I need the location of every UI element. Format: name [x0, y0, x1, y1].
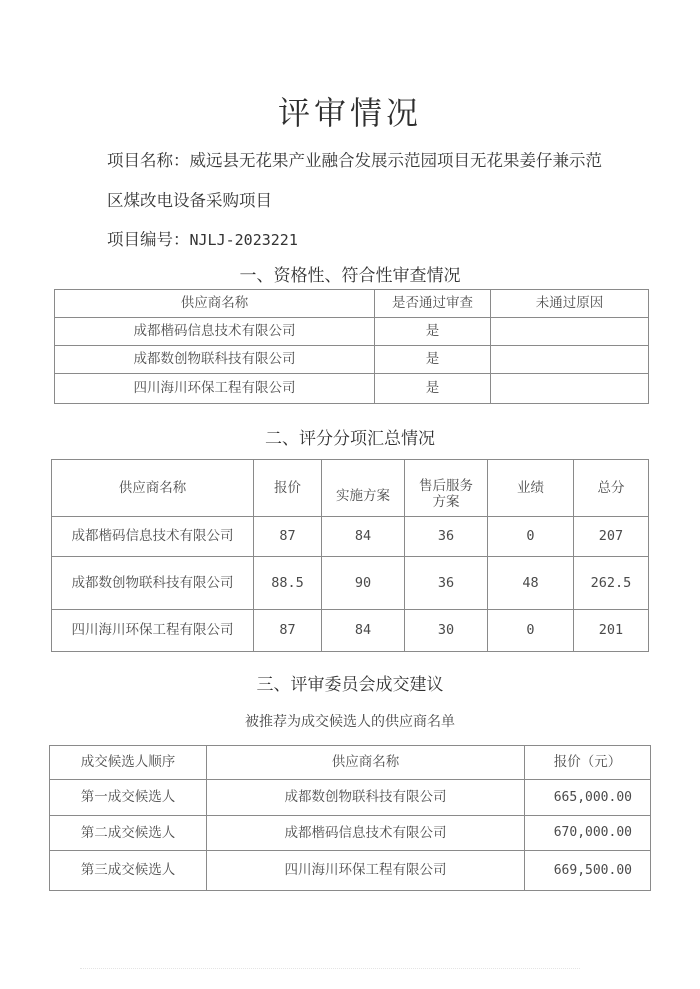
price-cell: 665,000.00: [525, 780, 651, 816]
supplier-cell: 成都楷码信息技术有限公司: [55, 318, 375, 346]
project-name-line2: 区煤改电设备采购项目: [107, 187, 272, 211]
table-header-row: 供应商名称 报价 实施方案 售后服务 方案 业绩 总分: [52, 460, 649, 517]
price-score-cell: 87: [254, 610, 322, 652]
table-row: 四川海川环保工程有限公司 是: [55, 374, 649, 404]
table-row: 第二成交候选人 成都楷码信息技术有限公司 670,000.00: [50, 816, 651, 851]
supplier-cell: 成都楷码信息技术有限公司: [52, 517, 254, 557]
reason-cell: [491, 374, 649, 404]
reason-cell: [491, 346, 649, 374]
column-header-supplier: 供应商名称: [55, 290, 375, 318]
project-name-label: 项目名称：: [107, 151, 190, 170]
project-name-value-line1: 威远县无花果产业融合发展示范园项目无花果姜仔兼示范: [190, 151, 603, 170]
table-row: 第三成交候选人 四川海川环保工程有限公司 669,500.00: [50, 851, 651, 891]
service-score-cell: 36: [405, 517, 488, 557]
total-score-cell: 201: [574, 610, 649, 652]
supplier-cell: 成都数创物联科技有限公司: [52, 557, 254, 610]
table-header-row: 成交候选人顺序 供应商名称 报价（元）: [50, 746, 651, 780]
project-number-label: 项目编号：: [107, 230, 190, 249]
reason-cell: [491, 318, 649, 346]
table-row: 成都楷码信息技术有限公司 87 84 36 0 207: [52, 517, 649, 557]
column-header-reason: 未通过原因: [491, 290, 649, 318]
performance-score-cell: 0: [488, 517, 574, 557]
project-name: 项目名称：威远县无花果产业融合发展示范园项目无花果姜仔兼示范: [107, 147, 602, 171]
supplier-cell: 四川海川环保工程有限公司: [207, 851, 525, 891]
service-score-cell: 30: [405, 610, 488, 652]
column-header-plan: 实施方案: [322, 460, 405, 517]
performance-score-cell: 48: [488, 557, 574, 610]
table-row: 成都数创物联科技有限公司 88.5 90 36 48 262.5: [52, 557, 649, 610]
page-title: 评审情况: [0, 88, 700, 134]
table-header-row: 供应商名称 是否通过审查 未通过原因: [55, 290, 649, 318]
table-row: 成都数创物联科技有限公司 是: [55, 346, 649, 374]
passed-cell: 是: [375, 346, 491, 374]
supplier-cell: 四川海川环保工程有限公司: [52, 610, 254, 652]
column-header-service-line2: 方案: [409, 494, 483, 510]
column-header-price: 报价: [254, 460, 322, 517]
column-header-rank: 成交候选人顺序: [50, 746, 207, 780]
plan-score-cell: 84: [322, 517, 405, 557]
column-header-supplier: 供应商名称: [52, 460, 254, 517]
column-header-passed: 是否通过审查: [375, 290, 491, 318]
column-header-total: 总分: [574, 460, 649, 517]
passed-cell: 是: [375, 318, 491, 346]
column-header-service: 售后服务 方案: [405, 460, 488, 517]
price-cell: 670,000.00: [525, 816, 651, 851]
table-row: 成都楷码信息技术有限公司 是: [55, 318, 649, 346]
scan-artifact-divider: [80, 968, 580, 970]
table-row: 四川海川环保工程有限公司 87 84 30 0 201: [52, 610, 649, 652]
project-number: 项目编号：NJLJ-2023221: [107, 226, 298, 250]
section2-heading: 二、评分分项汇总情况: [0, 424, 700, 449]
project-number-value: NJLJ-2023221: [190, 231, 298, 249]
supplier-cell: 成都数创物联科技有限公司: [55, 346, 375, 374]
table-row: 第一成交候选人 成都数创物联科技有限公司 665,000.00: [50, 780, 651, 816]
qualification-table: 供应商名称 是否通过审查 未通过原因 成都楷码信息技术有限公司 是 成都数创物联…: [54, 289, 649, 404]
column-header-price: 报价（元）: [525, 746, 651, 780]
plan-score-cell: 90: [322, 557, 405, 610]
candidate-table: 成交候选人顺序 供应商名称 报价（元） 第一成交候选人 成都数创物联科技有限公司…: [49, 745, 651, 891]
supplier-cell: 成都楷码信息技术有限公司: [207, 816, 525, 851]
rank-cell: 第一成交候选人: [50, 780, 207, 816]
rank-cell: 第二成交候选人: [50, 816, 207, 851]
price-score-cell: 87: [254, 517, 322, 557]
section3-subheading: 被推荐为成交候选人的供应商名单: [0, 711, 700, 731]
column-header-service-line1: 售后服务: [409, 478, 483, 494]
column-header-supplier: 供应商名称: [207, 746, 525, 780]
plan-score-cell: 84: [322, 610, 405, 652]
price-score-cell: 88.5: [254, 557, 322, 610]
column-header-performance: 业绩: [488, 460, 574, 517]
section3-heading: 三、评审委员会成交建议: [0, 670, 700, 695]
supplier-cell: 成都数创物联科技有限公司: [207, 780, 525, 816]
supplier-cell: 四川海川环保工程有限公司: [55, 374, 375, 404]
section1-heading: 一、资格性、符合性审查情况: [0, 261, 700, 286]
total-score-cell: 262.5: [574, 557, 649, 610]
service-score-cell: 36: [405, 557, 488, 610]
price-cell: 669,500.00: [525, 851, 651, 891]
rank-cell: 第三成交候选人: [50, 851, 207, 891]
performance-score-cell: 0: [488, 610, 574, 652]
score-summary-table: 供应商名称 报价 实施方案 售后服务 方案 业绩 总分 成都楷码信息技术有限公司…: [51, 459, 649, 652]
passed-cell: 是: [375, 374, 491, 404]
total-score-cell: 207: [574, 517, 649, 557]
